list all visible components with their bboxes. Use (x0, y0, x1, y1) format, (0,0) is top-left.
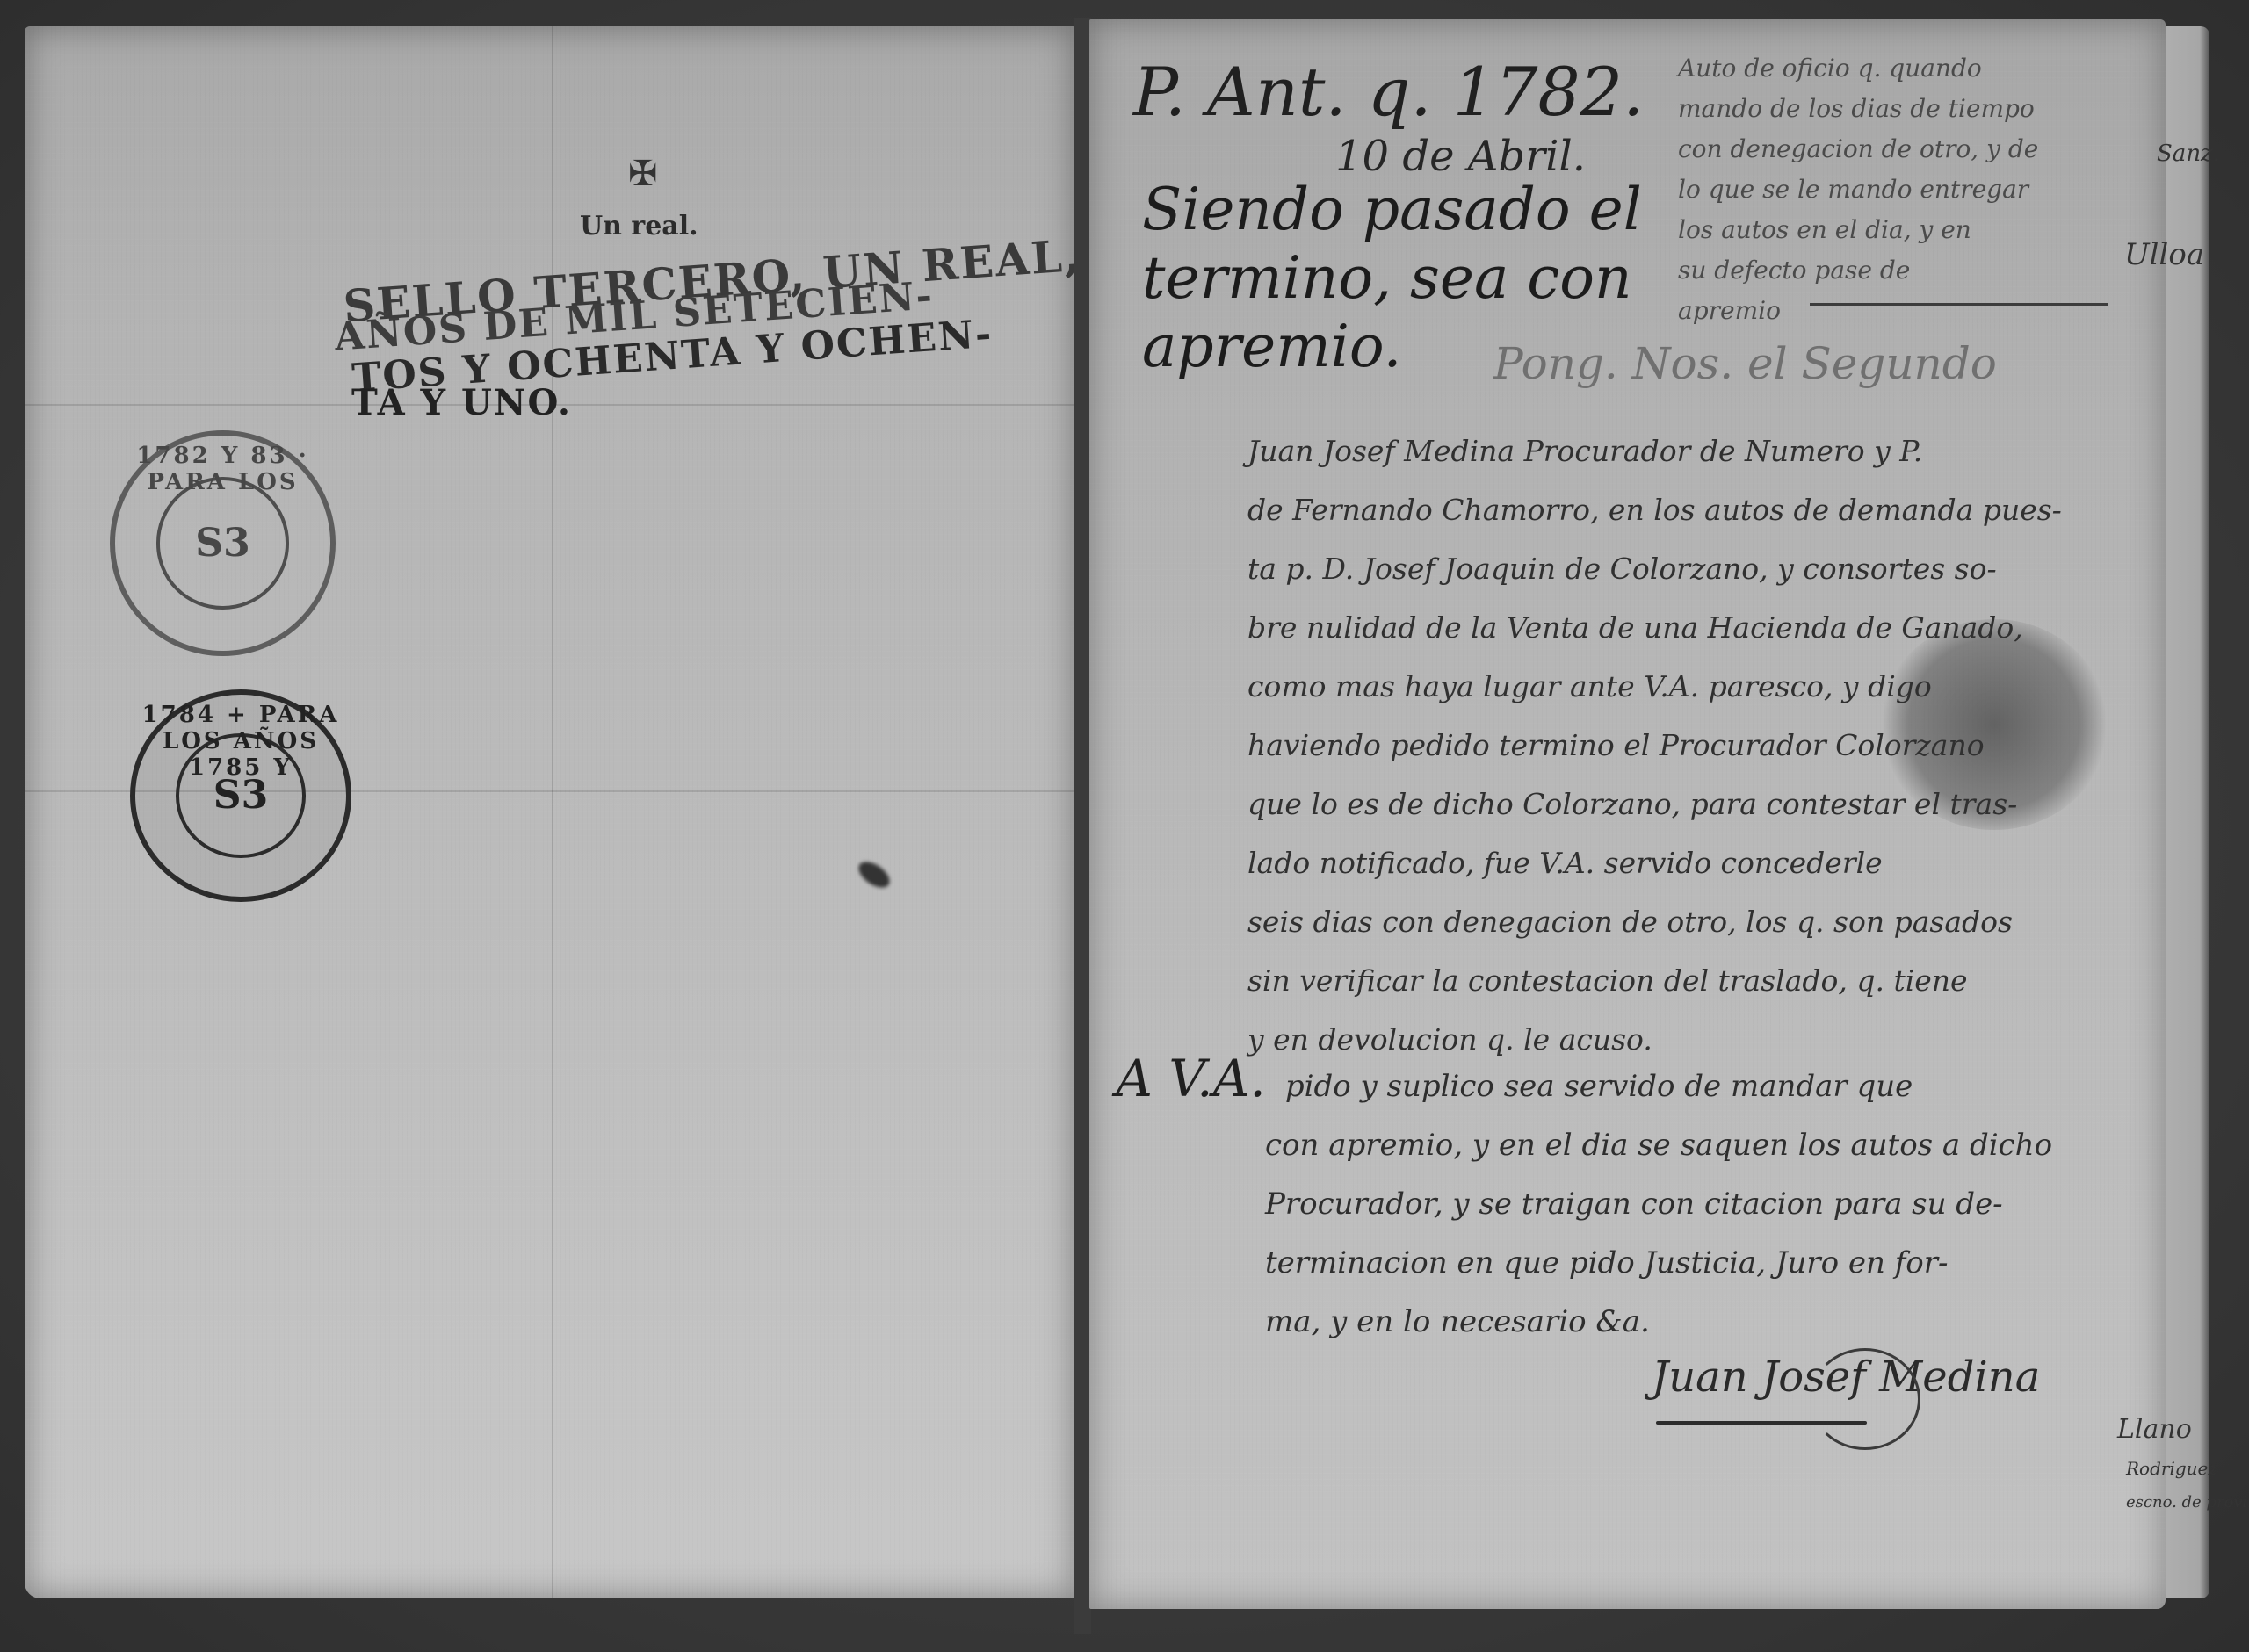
scan-frame: ✠ Un real. SELLO TERCERO, UN REAL, AÑOS … (0, 0, 2249, 1652)
signature-flourish (1810, 1348, 1920, 1450)
fold-line (552, 26, 553, 1598)
body-line: de Fernando Chamorro, en los autos de de… (1247, 480, 2062, 539)
seal-center: S3 (156, 477, 288, 609)
seal-ring-text: 1782 Y 83 · PARA LOS (115, 443, 330, 495)
petition-line: Procurador, y se traigan con citacion pa… (1116, 1175, 2052, 1234)
revalidation-seal: 1784 + PARA LOS AÑOS 1785 Y S3 (130, 689, 351, 902)
petition-line: con apremio, y en el dia se saquen los a… (1116, 1116, 2052, 1175)
margin-note-line: su defecto pase de (1678, 250, 2038, 291)
body-line: haviendo pedido termino el Procurador Co… (1247, 716, 2062, 775)
margin-note-line: lo que se le mando entregar (1678, 170, 2038, 210)
edge-note: Rodriguez (2126, 1458, 2217, 1479)
decree-line: termino, sea con (1142, 244, 1642, 313)
margin-note: Auto de oficio q. quando mando de los di… (1678, 48, 2038, 331)
petition-line: ma, y en lo necesario &a. (1116, 1293, 2052, 1352)
margin-note-line: mando de los dias de tiempo (1678, 89, 2038, 129)
edge-note: Sanz. (2157, 141, 2220, 167)
decree-heading: P. Ant. q. 1782. (1133, 53, 1644, 131)
body-line: como mas haya lugar ante V.A. paresco, y… (1247, 657, 2062, 716)
edge-note: Ulloa (2124, 237, 2204, 272)
seal-ring-text: 1784 + PARA LOS AÑOS 1785 Y (135, 702, 346, 781)
faint-rubric: Pong. Nos. el Segundo (1493, 338, 1997, 389)
margin-note-line: apremio (1678, 291, 2038, 331)
body-line: lado notificado, fue V.A. servido conced… (1247, 833, 2062, 892)
body-line: seis dias con denegacion de otro, los q.… (1247, 892, 2062, 951)
decree-line: Siendo pasado el (1142, 176, 1642, 244)
petition-body: Juan Josef Medina Procurador de Numero y… (1247, 422, 2062, 1069)
edge-note: Llano (2117, 1414, 2192, 1445)
revalidation-seal: 1782 Y 83 · PARA LOS S3 (110, 430, 336, 656)
petition-line: pido y suplico sea servido de mandar que (1285, 1069, 1913, 1104)
body-line: bre nulidad de la Venta de una Hacienda … (1247, 598, 2062, 657)
petition-line: terminacion en que pido Justicia, Juro e… (1116, 1234, 2052, 1293)
margin-note-line: con denegacion de otro, y de (1678, 129, 2038, 170)
cross-icon: ✠ (628, 154, 658, 194)
body-line: Juan Josef Medina Procurador de Numero y… (1247, 422, 2062, 480)
stamp-line: TA Y UNO. (351, 382, 572, 423)
ruled-line (1810, 303, 2108, 306)
stamp-value: Un real. (580, 211, 698, 242)
body-line: ta p. D. Josef Joaquin de Colorzano, y c… (1247, 539, 2062, 598)
petition-lead: A V.A. (1116, 1049, 1266, 1108)
body-line: sin verificar la contestacion del trasla… (1247, 951, 2062, 1010)
book-gutter (1074, 18, 1091, 1634)
margin-note-line: Auto de oficio q. quando (1678, 48, 2038, 89)
petition-request: A V.A.pido y suplico sea servido de mand… (1116, 1050, 2052, 1352)
body-line: que lo es de dicho Colorzano, para conte… (1247, 775, 2062, 833)
decree-date: 10 de Abril. (1335, 132, 1586, 181)
edge-note: escno. de provincia (2126, 1493, 2249, 1511)
margin-note-line: los autos en el dia, y en (1678, 210, 2038, 250)
